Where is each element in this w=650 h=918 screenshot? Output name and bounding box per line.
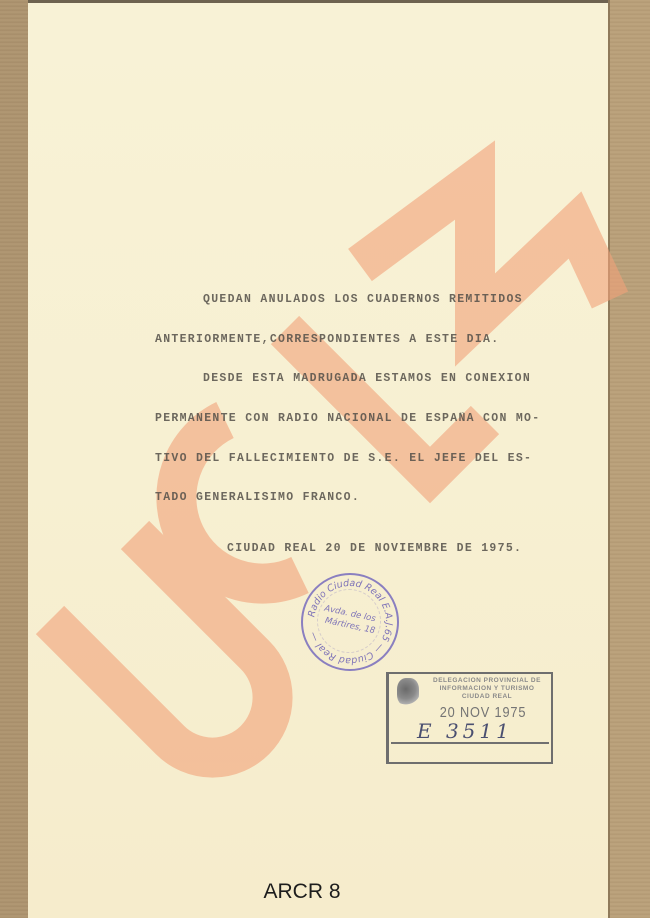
stamp-organization: DELEGACION PROVINCIAL DE INFORMACION Y T…: [425, 677, 549, 701]
archive-board-left: [0, 0, 28, 918]
stamp-org-line-2: INFORMACION Y TURISMO: [425, 685, 549, 693]
archive-board-right: [608, 0, 650, 918]
doc-line-5: TIVO DEL FALLECIMIENTO DE S.E. EL JEFE D…: [155, 452, 532, 465]
doc-line-3: DESDE ESTA MADRUGADA ESTAMOS EN CONEXION: [203, 372, 531, 385]
doc-line-1: QUEDAN ANULADOS LOS CUADERNOS REMITIDOS: [203, 293, 523, 306]
coat-of-arms-icon: [397, 678, 419, 706]
stamp-org-line-3: CIUDAD REAL: [425, 693, 549, 701]
archive-reference-label: ARCR 8: [0, 880, 604, 904]
stamp-org-line-1: DELEGACION PROVINCIAL DE: [425, 677, 549, 685]
registry-number: E 3511: [417, 719, 513, 743]
radio-station-stamp: Radio Ciudad Real E.A.J.65 — Ciudad Real…: [301, 573, 399, 671]
doc-date-line: CIUDAD REAL 20 DE NOVIEMBRE DE 1975.: [227, 542, 522, 555]
stamp-rule: [391, 742, 549, 744]
doc-line-6: TADO GENERALISIMO FRANCO.: [155, 491, 360, 504]
doc-line-2: ANTERIORMENTE,CORRESPONDIENTES A ESTE DI…: [155, 333, 499, 346]
official-registry-stamp: DELEGACION PROVINCIAL DE INFORMACION Y T…: [386, 672, 553, 764]
doc-line-4: PERMANENTE CON RADIO NACIONAL DE ESPAÑA …: [155, 412, 540, 425]
